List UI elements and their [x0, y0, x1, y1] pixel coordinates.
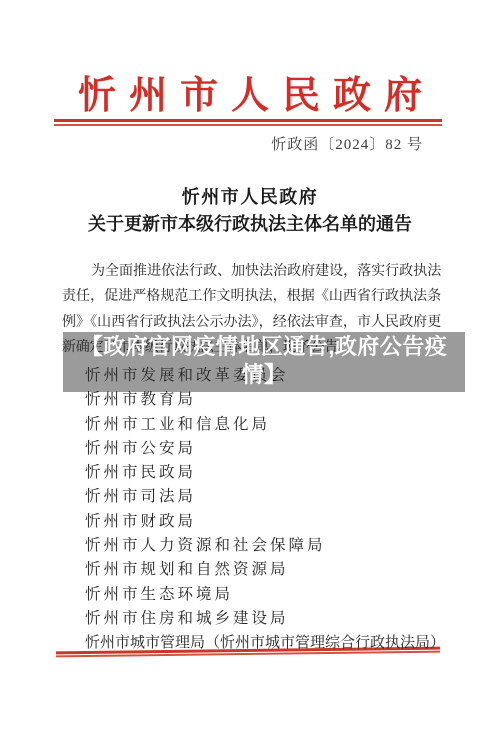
body-line: 责任，促进严格规范工作文明执法，根据《山西省行政执法条	[62, 284, 441, 309]
department-item: 忻州市司法局	[85, 485, 445, 509]
notice-title-line-2: 关于更新市本级行政执法主体名单的通告	[0, 211, 500, 238]
department-item: 忻州市住房和城乡建设局	[85, 607, 445, 631]
letterhead-divider-thick-line	[54, 119, 442, 122]
notice-title-line-1: 忻州市人民政府	[0, 184, 500, 211]
document-number: 忻政函〔2024〕82 号	[271, 133, 423, 154]
body-line: 例》《山西省行政执法公示办法》，经依法审查，市人民政府更	[62, 310, 441, 335]
body-line: 为全面推进依法行政、加快法治政府建设，落实行政执法	[62, 259, 441, 284]
department-item: 忻州市生态环境局	[85, 583, 445, 607]
department-item: 忻州市工业和信息化局	[85, 413, 445, 437]
department-item: 忻州市民政局	[85, 461, 445, 485]
department-item: 忻州市人力资源和社会保障局	[85, 534, 445, 558]
department-item: 忻州市规划和自然资源局	[85, 558, 445, 582]
letterhead-divider-thin-line	[54, 124, 442, 126]
department-item: 忻州市财政局	[85, 510, 445, 534]
caption-line-1: 【政府官网疫情地区通告,政府公告疫	[63, 333, 465, 361]
department-item: 忻州市城市管理局（忻州市城市管理综合行政执法局）	[85, 631, 445, 655]
letterhead-org-name: 忻州市人民政府	[0, 64, 500, 119]
caption-overlay-text: 【政府官网疫情地区通告,政府公告疫 情】	[63, 333, 465, 389]
department-list: 忻州市发展和改革委员会 忻州市教育局 忻州市工业和信息化局 忻州市公安局 忻州市…	[85, 364, 445, 656]
department-item: 忻州市教育局	[85, 388, 445, 412]
letterhead-divider	[54, 119, 442, 126]
caption-line-2: 情】	[63, 361, 465, 389]
notice-title: 忻州市人民政府 关于更新市本级行政执法主体名单的通告	[0, 184, 500, 238]
department-item: 忻州市公安局	[85, 437, 445, 461]
government-notice-page: 忻州市人民政府 忻政函〔2024〕82 号 忻州市人民政府 关于更新市本级行政执…	[0, 0, 500, 729]
